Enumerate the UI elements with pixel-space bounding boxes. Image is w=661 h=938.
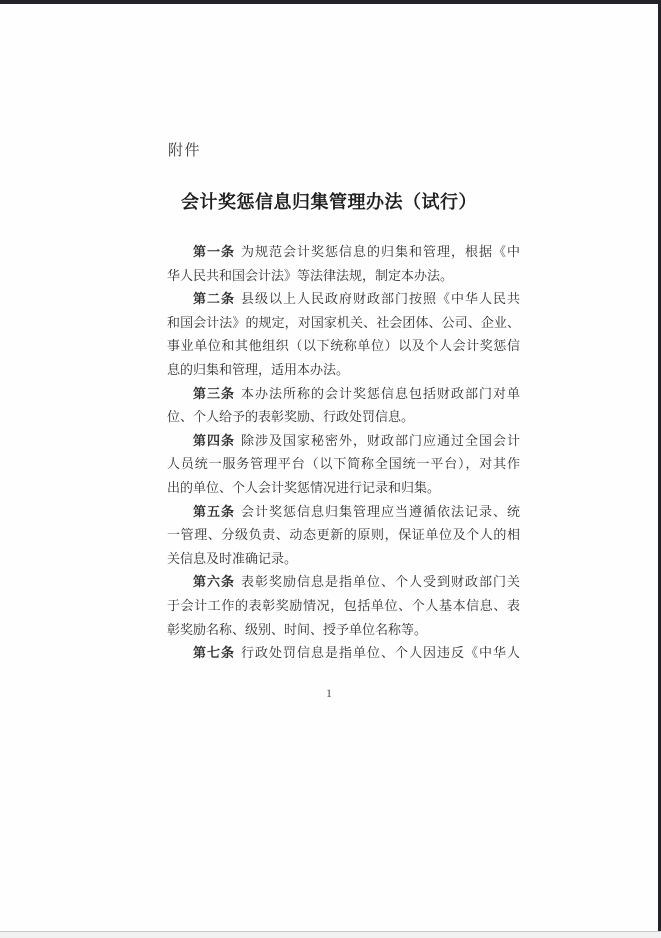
body-line: 关信息及时准确记录。 xyxy=(167,547,520,571)
attachment-label: 附件 xyxy=(168,139,201,160)
body-line: 华人民共和国会计法》等法律法规，制定本办法。 xyxy=(167,264,520,288)
body-line: 第二条县级以上人民政府财政部门按照《中华人民共 xyxy=(167,287,520,311)
article-label: 第七条 xyxy=(193,645,235,660)
scan-edge-bottom xyxy=(0,931,661,938)
article-label: 第四条 xyxy=(193,433,235,448)
body-line: 于会计工作的表彰奖励情况，包括单位、个人基本信息、表 xyxy=(167,594,520,618)
body-line: 息的归集和管理，适用本办法。 xyxy=(167,358,520,382)
article-label: 第三条 xyxy=(193,386,235,401)
body-line: 第四条除涉及国家秘密外，财政部门应通过全国会计 xyxy=(167,429,520,453)
document-body: 第一条为规范会计奖惩信息的归集和管理，根据《中 华人民共和国会计法》等法律法规，… xyxy=(167,240,520,665)
body-line: 第五条会计奖惩信息归集管理应当遵循依法记录、统 xyxy=(167,500,520,524)
body-line-text: 除涉及国家秘密外，财政部门应通过全国会计 xyxy=(241,433,520,448)
body-line-text: 表彰奖励信息是指单位、个人受到财政部门关 xyxy=(241,574,520,589)
body-line: 第六条表彰奖励信息是指单位、个人受到财政部门关 xyxy=(167,570,520,594)
body-line: 人员统一服务管理平台（以下简称全国统一平台），对其作 xyxy=(167,452,520,476)
body-line: 出的单位、个人会计奖惩情况进行记录和归集。 xyxy=(167,476,520,500)
article-label: 第六条 xyxy=(193,574,235,589)
body-line-text: 会计奖惩信息归集管理应当遵循依法记录、统 xyxy=(241,504,520,519)
article-label: 第二条 xyxy=(193,291,235,306)
body-line: 位、个人给予的表彰奖励、行政处罚信息。 xyxy=(167,405,520,429)
body-line: 事业单位和其他组织（以下统称单位）以及个人会计奖惩信 xyxy=(167,334,520,358)
body-line-text: 县级以上人民政府财政部门按照《中华人民共 xyxy=(241,291,520,306)
body-line: 彰奖励名称、级别、时间、授予单位名称等。 xyxy=(167,618,520,642)
article-label: 第一条 xyxy=(193,244,235,259)
document-page: 附件 会计奖惩信息归集管理办法（试行） 第一条为规范会计奖惩信息的归集和管理，根… xyxy=(0,0,661,938)
body-line-text: 为规范会计奖惩信息的归集和管理，根据《中 xyxy=(241,244,520,259)
article-label: 第五条 xyxy=(193,504,235,519)
body-line: 第七条行政处罚信息是指单位、个人因违反《中华人 xyxy=(167,641,520,665)
body-line-text: 本办法所称的会计奖惩信息包括财政部门对单 xyxy=(241,386,520,401)
page-number: 1 xyxy=(0,686,658,701)
body-line-text: 行政处罚信息是指单位、个人因违反《中华人 xyxy=(241,645,520,660)
body-line: 和国会计法》的规定，对国家机关、社会团体、公司、企业、 xyxy=(167,311,520,335)
body-line: 第三条本办法所称的会计奖惩信息包括财政部门对单 xyxy=(167,382,520,406)
document-title: 会计奖惩信息归集管理办法（试行） xyxy=(0,188,658,214)
body-line: 第一条为规范会计奖惩信息的归集和管理，根据《中 xyxy=(167,240,520,264)
scan-edge-top xyxy=(0,0,661,4)
body-line: 一管理、分级负责、动态更新的原则，保证单位及个人的相 xyxy=(167,523,520,547)
